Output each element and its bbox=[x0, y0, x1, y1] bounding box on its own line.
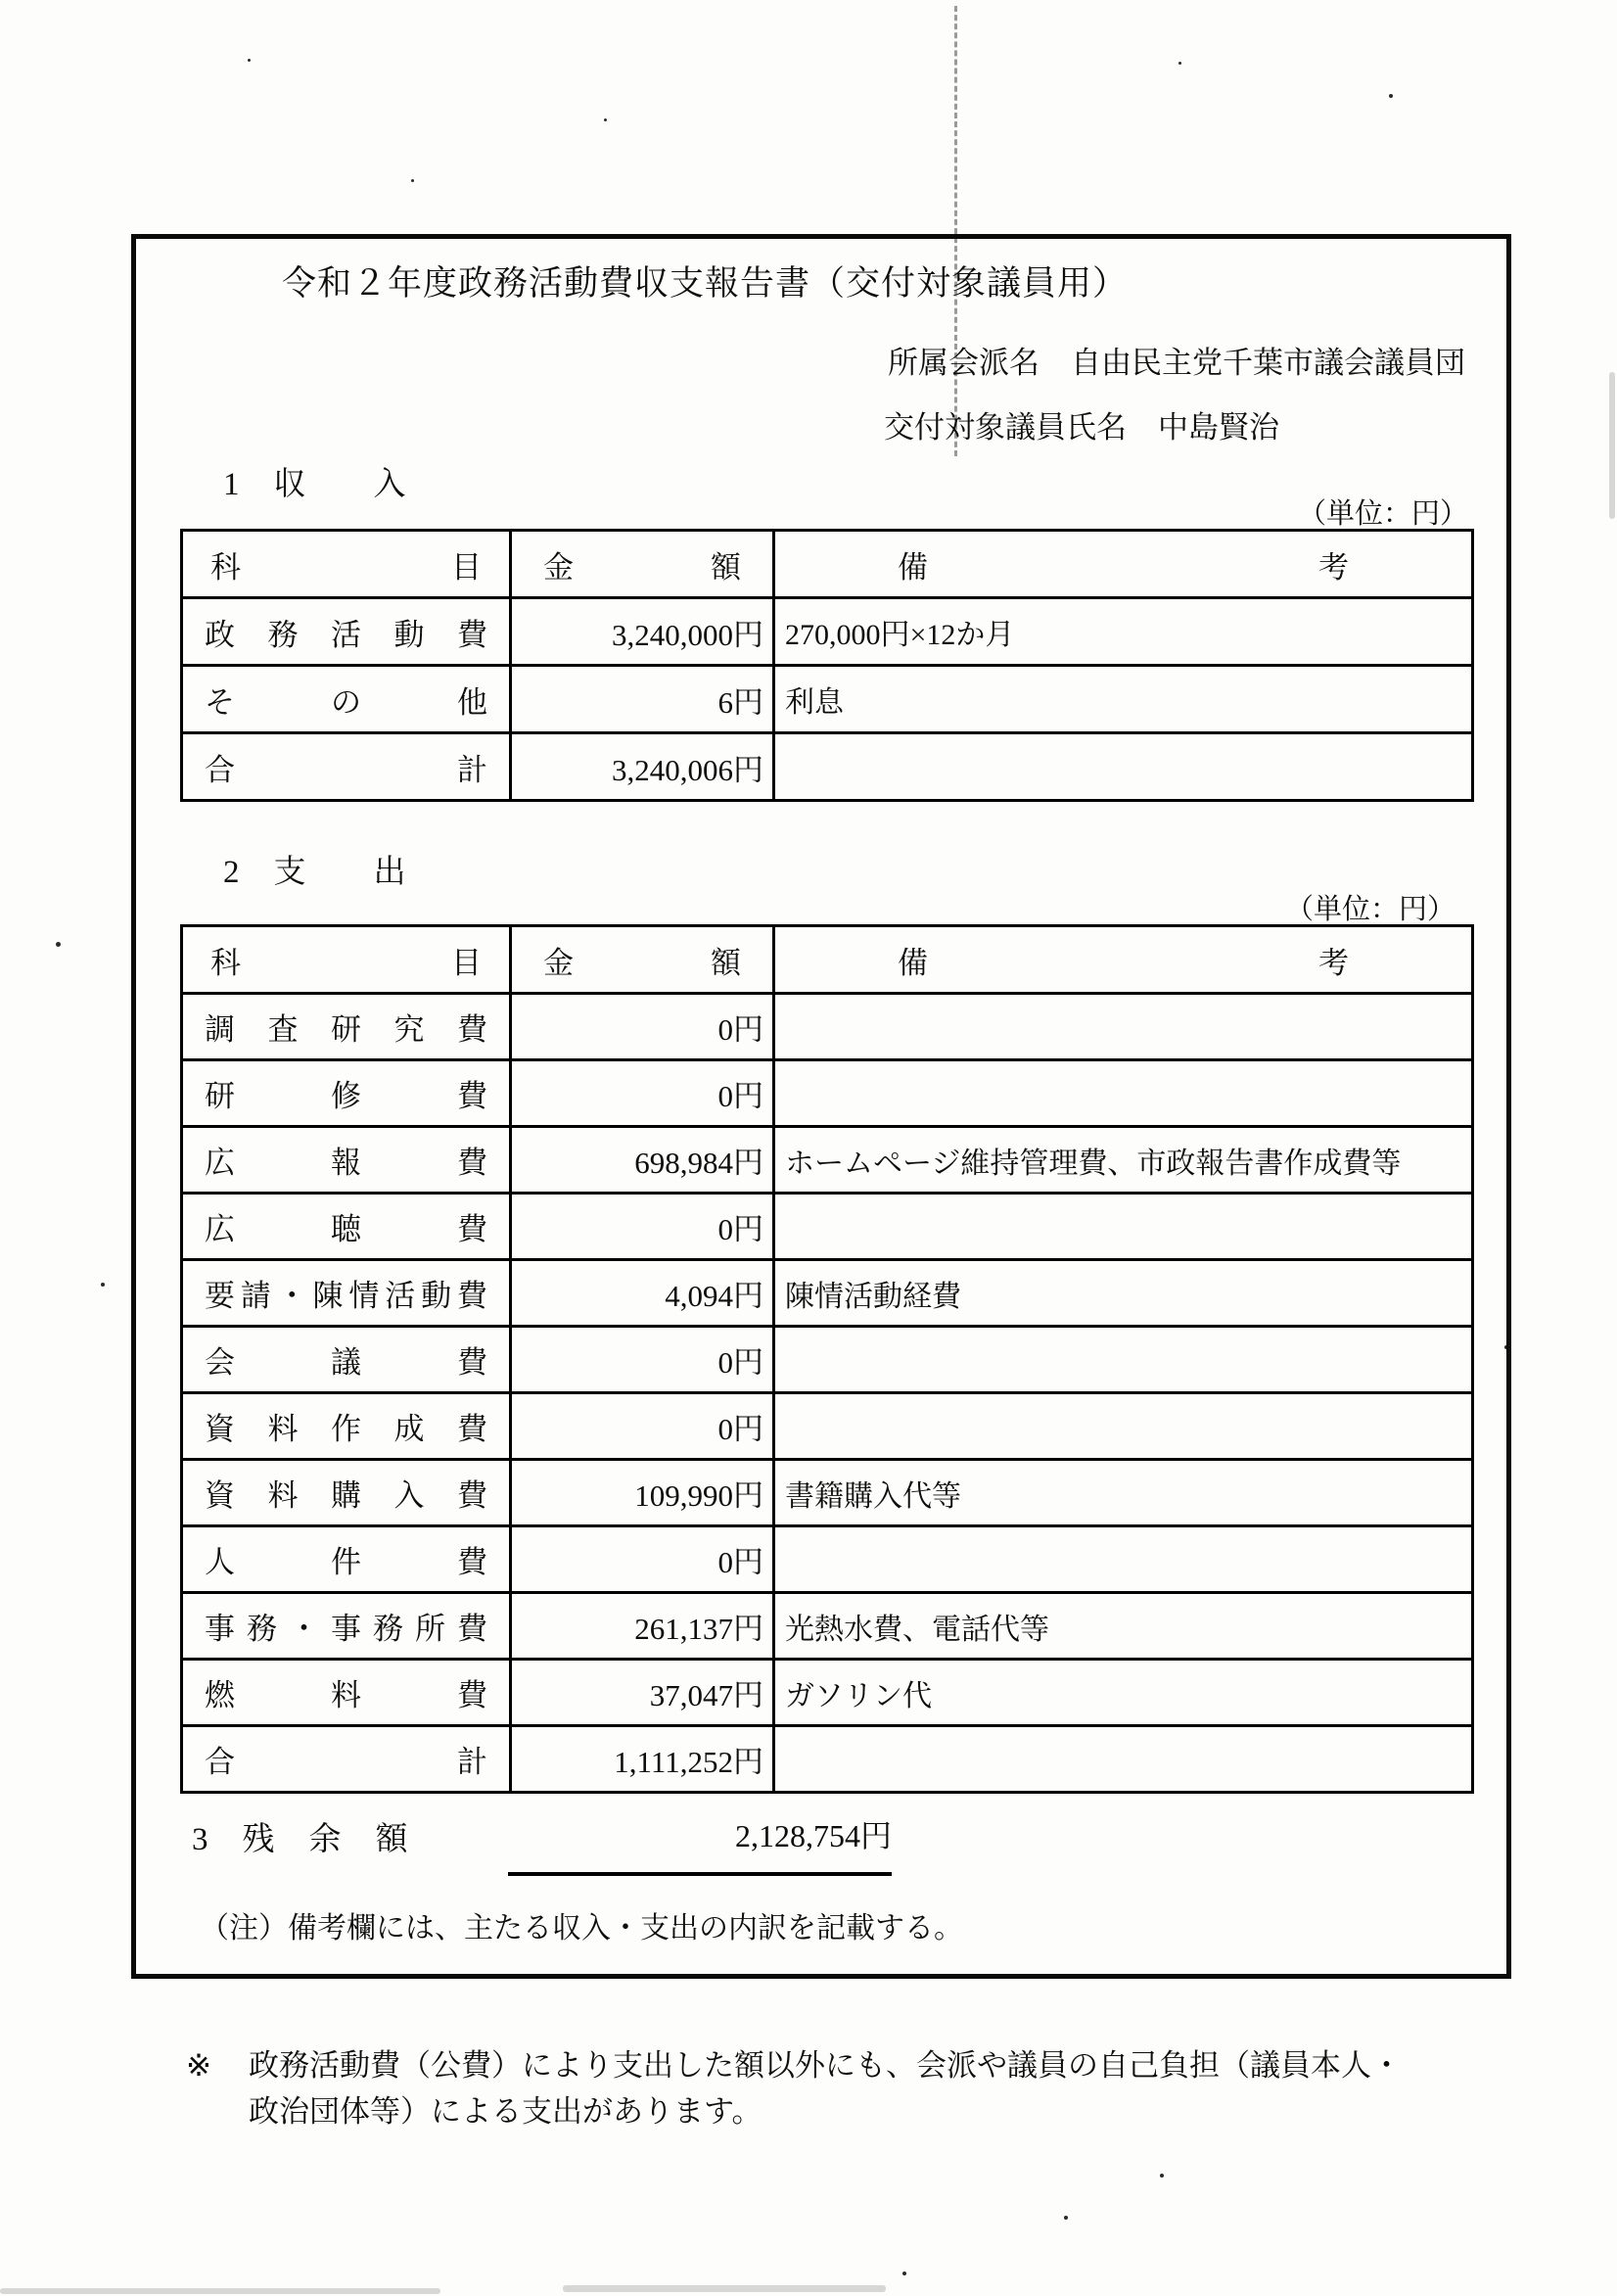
amount-cell: 109,990円 bbox=[509, 1461, 775, 1524]
member-label: 交付対象議員氏名 bbox=[884, 410, 1127, 445]
note-cell bbox=[775, 1727, 1471, 1791]
expense-table: 科目 金額 備考 調査研究費 0円 研修費 0円 広報費 698,984円 ホー… bbox=[180, 924, 1474, 1794]
table-row: その他 6円 利息 bbox=[183, 664, 1471, 731]
table-row: 政務活動費 3,240,000円 270,000円×12か月 bbox=[183, 596, 1471, 664]
amount-cell: 0円 bbox=[509, 1328, 775, 1391]
item-cell: 広報費 bbox=[183, 1128, 509, 1192]
note-cell: 書籍購入代等 bbox=[775, 1461, 1471, 1524]
note-cell: 利息 bbox=[775, 667, 1471, 731]
table-row: 資料作成費 0円 bbox=[183, 1391, 1471, 1458]
scan-speck bbox=[1389, 94, 1393, 98]
scan-speck bbox=[56, 942, 61, 947]
item-cell: 事務・事務所費 bbox=[183, 1594, 509, 1658]
item-cell: 要請・陳情活動費 bbox=[183, 1261, 509, 1325]
item-cell: 調査研究費 bbox=[183, 995, 509, 1058]
footnote: ※ 政務活動費（公費）により支出した額以外にも、会派や議員の自己負担（議員本人・… bbox=[186, 2042, 1402, 2134]
faction-label: 所属会派名 bbox=[888, 346, 1039, 380]
table-row: 会議費 0円 bbox=[183, 1325, 1471, 1391]
balance-heading: 3 残 余 額 bbox=[192, 1813, 409, 1859]
balance-amount: 2,128,754円 bbox=[508, 1811, 892, 1876]
scan-speck bbox=[411, 179, 414, 182]
scan-streak bbox=[0, 2288, 440, 2294]
note-cell bbox=[775, 1527, 1471, 1591]
scan-speck bbox=[604, 118, 607, 121]
table-row: 研修費 0円 bbox=[183, 1058, 1471, 1125]
expense-header-row: 科目 金額 備考 bbox=[183, 927, 1471, 992]
scan-speck bbox=[101, 1283, 105, 1287]
member-line: 交付対象議員氏名中島賢治 bbox=[884, 402, 1279, 446]
scan-speck bbox=[1160, 2174, 1164, 2178]
caution-note: （注）備考欄には、主たる収入・支出の内訳を記載する。 bbox=[200, 1903, 963, 1946]
faction-value: 自由民主党千葉市議会議員団 bbox=[1071, 346, 1465, 380]
expense-unit-note: （単位：円） bbox=[1285, 887, 1455, 927]
item-cell: 資料購入費 bbox=[183, 1461, 509, 1524]
amount-cell: 0円 bbox=[509, 1061, 775, 1125]
amount-cell: 0円 bbox=[509, 1195, 775, 1258]
scan-streak bbox=[1609, 372, 1615, 519]
amount-cell: 4,094円 bbox=[509, 1261, 775, 1325]
column-header-note: 備考 bbox=[775, 927, 1471, 992]
item-cell: 広聴費 bbox=[183, 1195, 509, 1258]
note-cell bbox=[775, 1061, 1471, 1125]
income-header-row: 科目 金額 備考 bbox=[183, 532, 1471, 596]
item-cell: 政務活動費 bbox=[183, 599, 509, 664]
item-cell: 合計 bbox=[183, 734, 509, 799]
document-title: 令和２年度政務活動費収支報告書（交付対象議員用） bbox=[282, 257, 1128, 305]
table-row: 資料購入費 109,990円 書籍購入代等 bbox=[183, 1458, 1471, 1524]
member-value: 中島賢治 bbox=[1158, 410, 1279, 445]
note-cell bbox=[775, 1328, 1471, 1391]
income-table: 科目 金額 備考 政務活動費 3,240,000円 270,000円×12か月 … bbox=[180, 529, 1474, 802]
table-row: 人件費 0円 bbox=[183, 1524, 1471, 1591]
amount-cell: 0円 bbox=[509, 1394, 775, 1458]
scanned-report-page: 令和２年度政務活動費収支報告書（交付対象議員用） 所属会派名自由民主党千葉市議会… bbox=[0, 0, 1617, 2296]
amount-cell: 6円 bbox=[509, 667, 775, 731]
income-section-heading: 1 収 入 bbox=[223, 458, 407, 504]
amount-cell: 698,984円 bbox=[509, 1128, 775, 1192]
item-cell: 燃料費 bbox=[183, 1661, 509, 1724]
footnote-line2: 政治団体等）による支出があります。 bbox=[249, 2088, 1402, 2134]
column-header-item: 科目 bbox=[183, 927, 509, 992]
footnote-marker: ※ bbox=[186, 2042, 249, 2134]
scan-streak bbox=[563, 2285, 886, 2292]
item-cell: 会議費 bbox=[183, 1328, 509, 1391]
column-header-amount: 金額 bbox=[509, 927, 775, 992]
expense-section-heading: 2 支 出 bbox=[223, 846, 407, 892]
column-header-amount: 金額 bbox=[509, 532, 775, 596]
table-row: 広報費 698,984円 ホームページ維持管理費、市政報告書作成費等 bbox=[183, 1125, 1471, 1192]
amount-cell: 3,240,000円 bbox=[509, 599, 775, 664]
item-cell: その他 bbox=[183, 667, 509, 731]
table-row: 要請・陳情活動費 4,094円 陳情活動経費 bbox=[183, 1258, 1471, 1325]
note-cell bbox=[775, 995, 1471, 1058]
amount-cell: 0円 bbox=[509, 1527, 775, 1591]
item-cell: 資料作成費 bbox=[183, 1394, 509, 1458]
table-row: 広聴費 0円 bbox=[183, 1192, 1471, 1258]
amount-cell: 1,111,252円 bbox=[509, 1727, 775, 1791]
amount-cell: 37,047円 bbox=[509, 1661, 775, 1724]
footnote-text: 政務活動費（公費）により支出した額以外にも、会派や議員の自己負担（議員本人・ 政… bbox=[249, 2042, 1402, 2134]
scan-speck bbox=[1064, 2216, 1068, 2220]
amount-cell: 0円 bbox=[509, 995, 775, 1058]
note-cell bbox=[775, 734, 1471, 799]
item-cell: 人件費 bbox=[183, 1527, 509, 1591]
note-cell bbox=[775, 1195, 1471, 1258]
scan-speck bbox=[248, 59, 251, 62]
income-unit-note: （単位：円） bbox=[1298, 492, 1468, 532]
table-row: 調査研究費 0円 bbox=[183, 992, 1471, 1058]
note-cell: 光熱水費、電話代等 bbox=[775, 1594, 1471, 1658]
footnote-line1: 政務活動費（公費）により支出した額以外にも、会派や議員の自己負担（議員本人・ bbox=[249, 2042, 1402, 2088]
amount-cell: 261,137円 bbox=[509, 1594, 775, 1658]
table-row: 燃料費 37,047円 ガソリン代 bbox=[183, 1658, 1471, 1724]
item-cell: 合計 bbox=[183, 1727, 509, 1791]
table-row: 事務・事務所費 261,137円 光熱水費、電話代等 bbox=[183, 1591, 1471, 1658]
table-row: 合計 1,111,252円 bbox=[183, 1724, 1471, 1791]
item-cell: 研修費 bbox=[183, 1061, 509, 1125]
note-cell: ガソリン代 bbox=[775, 1661, 1471, 1724]
note-cell: 270,000円×12か月 bbox=[775, 599, 1471, 664]
scan-speck bbox=[1178, 62, 1181, 65]
column-header-item: 科目 bbox=[183, 532, 509, 596]
amount-cell: 3,240,006円 bbox=[509, 734, 775, 799]
scan-speck bbox=[902, 2272, 906, 2275]
table-row: 合計 3,240,006円 bbox=[183, 731, 1471, 799]
faction-line: 所属会派名自由民主党千葉市議会議員団 bbox=[888, 338, 1465, 382]
note-cell bbox=[775, 1394, 1471, 1458]
column-header-note: 備考 bbox=[775, 532, 1471, 596]
note-cell: 陳情活動経費 bbox=[775, 1261, 1471, 1325]
note-cell: ホームページ維持管理費、市政報告書作成費等 bbox=[775, 1128, 1471, 1192]
